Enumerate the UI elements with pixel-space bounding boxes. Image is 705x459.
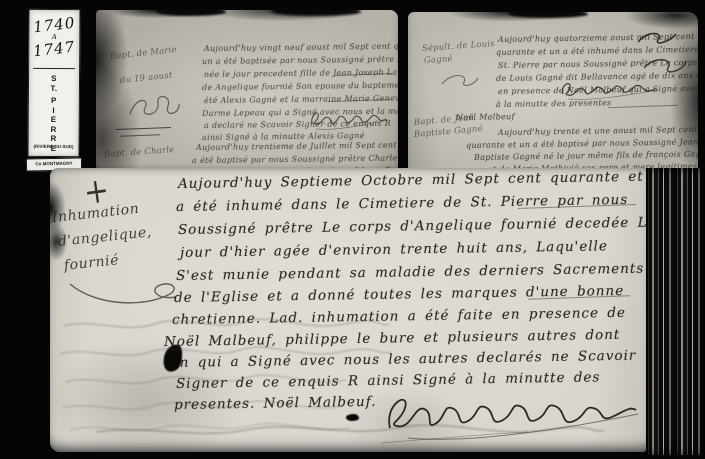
microfilm-scan-page: 1740 A 1747 S T. P I E R R E (RIVIERE-DU…	[0, 0, 705, 459]
record-line: S'est munie pendant sa maladie des derni…	[176, 261, 644, 284]
record-line: a été baptisé par nous Soussigné prêtre …	[192, 153, 398, 165]
spine-years: 1740 A 1747	[29, 18, 79, 57]
spine-location-line1: (RIVIERE-DU-SUD)	[29, 144, 79, 149]
ink-stain	[271, 10, 361, 16]
margin-dash-mark	[116, 127, 171, 130]
margin-note: Sépult. de Louis	[422, 39, 496, 54]
top-left-manuscript-page: Bapt. de Marie du 19 aoust Bapt. de Char…	[96, 10, 398, 172]
record-line: un a été baptisée par nous Soussigné prê…	[202, 54, 398, 66]
record-line: Soussigné prêtre Le corps d'Angelique fo…	[178, 214, 648, 238]
record-line: Aujourd'huy Septieme Octobre mil Sept ce…	[178, 168, 648, 192]
margin-note: Bapt. de Marie	[109, 45, 177, 62]
margin-swash-flourish	[66, 278, 186, 312]
parish-letter: R	[29, 124, 79, 134]
record-line: Baptiste Gagné né le jour même fils de f…	[474, 149, 698, 162]
book-page-edges	[646, 168, 705, 455]
record-line: de Angelique fournié Son epouse du bapte…	[202, 80, 398, 92]
record-line: de l'Eglise et a donné toutes les marque…	[174, 283, 624, 306]
record-line: jour d'hier agée d'environ trente huit a…	[180, 238, 608, 261]
margin-note: d'angelique,	[57, 224, 152, 250]
parish-letter: S	[29, 74, 79, 84]
parish-letter: P	[29, 96, 79, 106]
margin-note: Inhumation	[51, 201, 140, 226]
margin-swash-flourish	[124, 88, 194, 122]
margin-note: fournié	[63, 252, 120, 274]
margin-note: Gagné	[424, 54, 453, 66]
top-right-manuscript-page: Sépult. de Louis Gagné Aujourd'huy quato…	[408, 12, 698, 178]
ink-stain	[508, 12, 588, 18]
record-line: quarante et un a été baptisé par nous So…	[466, 137, 698, 150]
record-line: a été inhumé dans le Cimetiere de St. Pi…	[176, 192, 628, 215]
ink-stain	[156, 10, 226, 16]
bottom-manuscript-page: + Inhumation d'angelique, fournié Aujour…	[50, 168, 648, 452]
parish-letter: I	[29, 105, 79, 115]
spine-year-label: 1740 A 1747 S T. P I E R R E (RIVIERE-DU…	[27, 9, 80, 157]
margin-swash-flourish	[438, 70, 483, 90]
priest-signature-flourish	[308, 106, 392, 132]
record-line: Aujourd'huy vingt neuf aoust mil Sept ce…	[204, 41, 398, 53]
spine-divider-line	[33, 68, 75, 69]
record-line: Aujourd'huy trente et une aoust mil Sept…	[498, 125, 698, 137]
spine-year-start: 1740	[29, 15, 80, 36]
spine-year-end: 1747	[29, 39, 80, 60]
parish-letter: E	[29, 115, 79, 125]
corner-scribble-marks	[630, 28, 692, 84]
bleedthrough-marks	[90, 420, 610, 444]
margin-note: Bapt. de Charle	[104, 145, 175, 160]
parish-letter: R	[29, 134, 79, 144]
margin-note: du 19 aoust	[119, 71, 173, 86]
margin-dash-mark	[120, 134, 160, 136]
spine-parish-name-vertical: S T. P I E R R E	[29, 74, 80, 153]
parish-letter: T.	[29, 83, 79, 93]
line-filler-stroke	[608, 105, 678, 108]
